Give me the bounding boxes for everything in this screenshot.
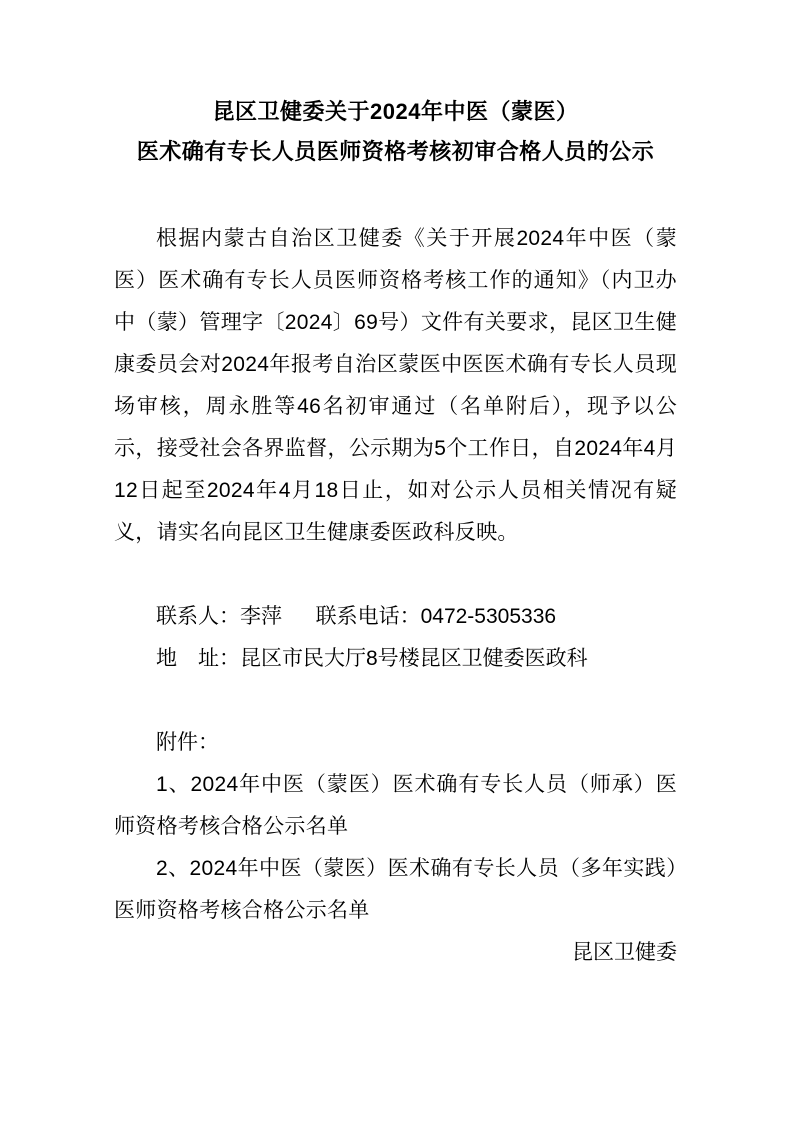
announcement-body-paragraph: 根据内蒙古自治区卫健委《关于开展2024年中医（蒙医）医术确有专长人员医师资格考… (114, 218, 677, 554)
contact-person-label: 联系人： (156, 605, 240, 628)
document-page: 昆区卫健委关于2024年中医（蒙医） 医术确有专长人员医师资格考核初审合格人员的… (0, 0, 793, 1122)
contact-person-name: 李萍 (240, 605, 282, 628)
contact-phone-number: 0472-5305336 (421, 605, 556, 628)
attachments-heading: 附件： (114, 722, 677, 764)
title-line-2: 医术确有专长人员医师资格考核初审合格人员的公示 (114, 132, 677, 172)
contact-phone-label: 联系电话： (316, 605, 421, 628)
attachment-item-1: 1、2024年中医（蒙医）医术确有专长人员（师承）医师资格考核合格公示名单 (114, 764, 677, 848)
address-line: 地 址：昆区市民大厅8号楼昆区卫健委医政科 (114, 638, 677, 680)
attachment-item-2: 2、2024年中医（蒙医）医术确有专长人员（多年实践）医师资格考核合格公示名单 (114, 848, 677, 932)
signature-issuer: 昆区卫健委 (114, 932, 677, 974)
address-value: 昆区市民大厅8号楼昆区卫健委医政科 (240, 647, 588, 670)
contact-line: 联系人：李萍联系电话：0472-5305336 (114, 596, 677, 638)
address-label: 地 址： (156, 647, 240, 670)
title-line-1: 昆区卫健委关于2024年中医（蒙医） (114, 92, 677, 132)
document-title: 昆区卫健委关于2024年中医（蒙医） 医术确有专长人员医师资格考核初审合格人员的… (114, 92, 677, 172)
